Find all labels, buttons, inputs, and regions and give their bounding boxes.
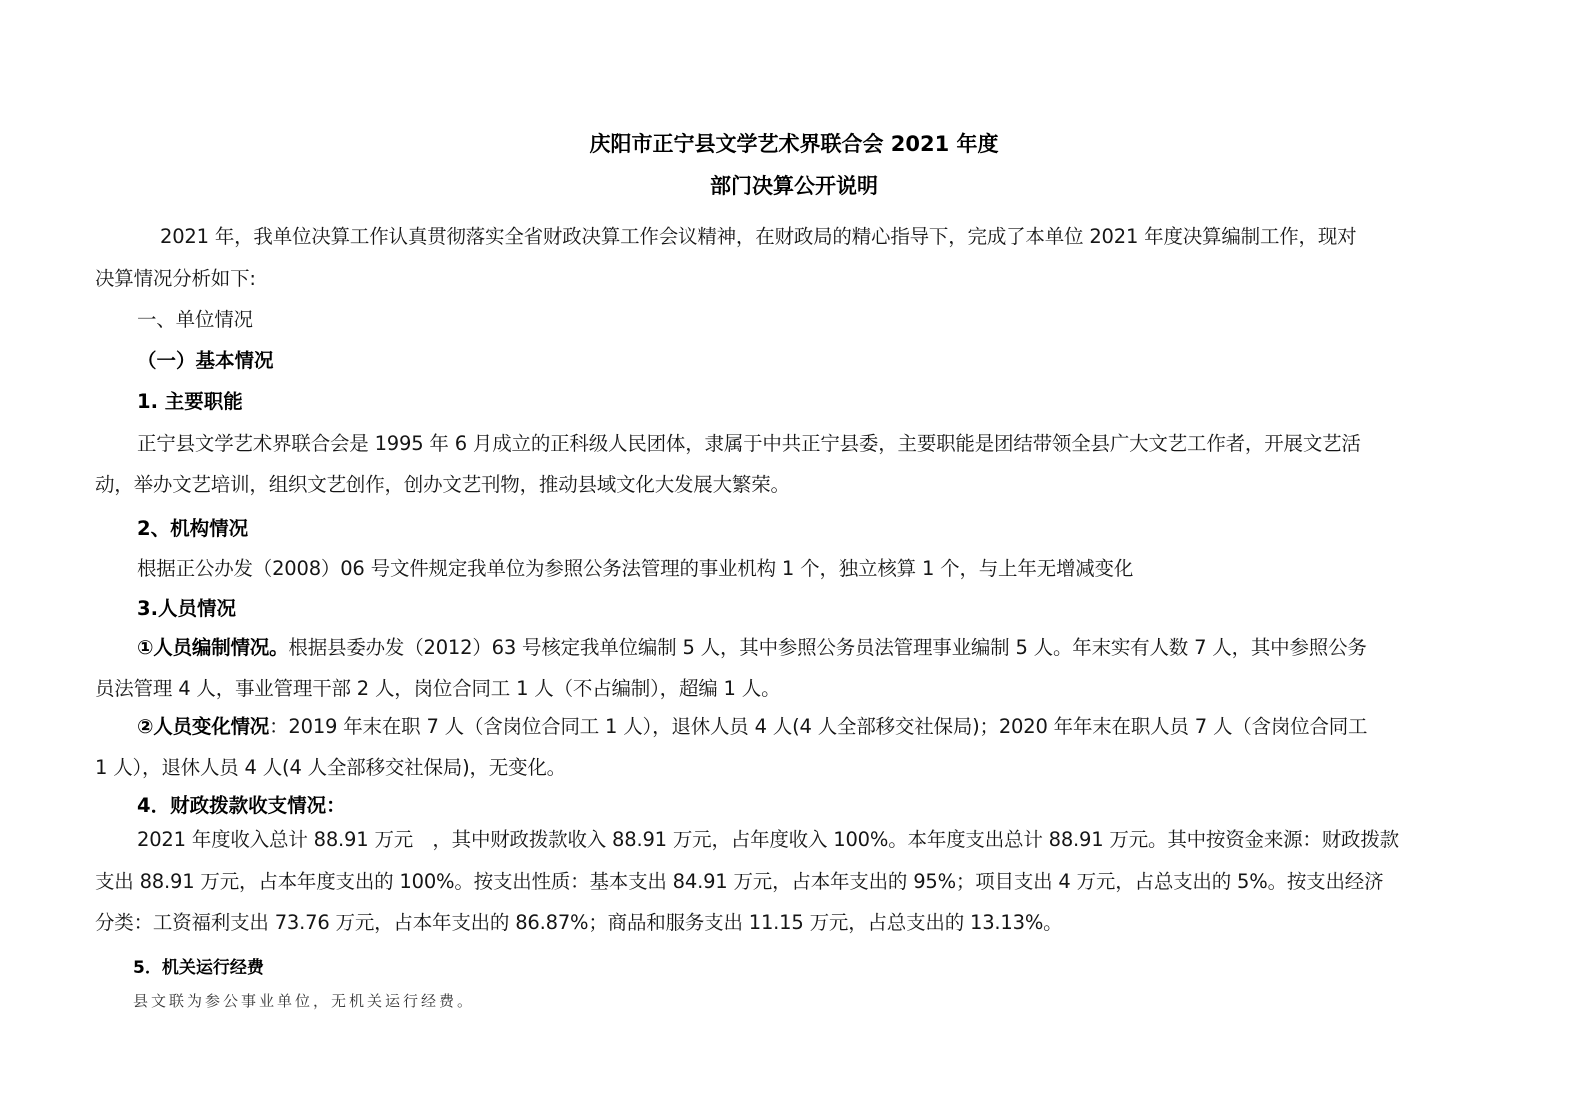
- item-heading-fiscal: 4．财政拨款收支情况：: [137, 790, 346, 818]
- functions-paragraph-line-1: 正宁县文学艺术界联合会是 1995 年 6 月成立的正科级人民团体，隶属于中共正…: [137, 428, 1361, 456]
- fiscal-paragraph-line-1: 2021 年度收入总计 88.91 万元 ，其中财政拨款收入 88.91 万元，…: [137, 824, 1399, 852]
- changes-label: ②人员变化情况: [137, 715, 269, 738]
- item-heading-operating-costs: 5．机关运行经费: [133, 953, 264, 978]
- staffing-label: ①人员编制情况。: [137, 636, 288, 659]
- document-title: 庆阳市正宁县文学艺术界联合会 2021 年度: [0, 128, 1588, 158]
- subsection-heading-basic-info: （一）基本情况: [137, 345, 274, 373]
- document-page: 庆阳市正宁县文学艺术界联合会 2021 年度 部门决算公开说明 2021 年，我…: [0, 0, 1588, 1108]
- fiscal-paragraph-line-2: 支出 88.91 万元，占本年度支出的 100%。按支出性质：基本支出 84.9…: [95, 866, 1383, 894]
- item-heading-personnel: 3.人员情况: [137, 593, 236, 621]
- document-subtitle: 部门决算公开说明: [0, 170, 1588, 200]
- functions-paragraph-line-2: 动，举办文艺培训，组织文艺创作，创办文艺刊物，推动县域文化大发展大繁荣。: [95, 469, 790, 497]
- intro-paragraph-line-2: 决算情况分析如下:: [95, 263, 256, 291]
- organization-paragraph: 根据正公办发（2008）06 号文件规定我单位为参照公务法管理的事业机构 1 个…: [137, 553, 1133, 581]
- operating-costs-paragraph: 县文联为参公事业单位，无机关运行经费。: [133, 990, 475, 1011]
- fiscal-paragraph-line-3: 分类：工资福利支出 73.76 万元，占本年支出的 86.87%；商品和服务支出…: [95, 907, 1062, 935]
- changes-paragraph-line-2: 1 人），退休人员 4 人(4 人全部移交社保局)，无变化。: [95, 752, 566, 780]
- section-heading-unit-info: 一、单位情况: [137, 304, 253, 332]
- changes-text: ：2019 年末在职 7 人（含岗位合同工 1 人），退休人员 4 人(4 人全…: [269, 715, 1367, 738]
- staffing-paragraph-line-1: ①人员编制情况。根据县委办发（2012）63 号核定我单位编制 5 人，其中参照…: [137, 632, 1367, 660]
- staffing-text: 根据县委办发（2012）63 号核定我单位编制 5 人，其中参照公务员法管理事业…: [288, 636, 1366, 659]
- item-heading-main-functions: 1. 主要职能: [137, 386, 243, 414]
- changes-paragraph-line-1: ②人员变化情况：2019 年末在职 7 人（含岗位合同工 1 人），退休人员 4…: [137, 711, 1367, 739]
- intro-paragraph-line-1: 2021 年，我单位决算工作认真贯彻落实全省财政决算工作会议精神，在财政局的精心…: [160, 221, 1356, 249]
- staffing-paragraph-line-2: 员法管理 4 人，事业管理干部 2 人，岗位合同工 1 人（不占编制），超编 1…: [95, 673, 780, 701]
- item-heading-organization: 2、机构情况: [137, 513, 248, 541]
